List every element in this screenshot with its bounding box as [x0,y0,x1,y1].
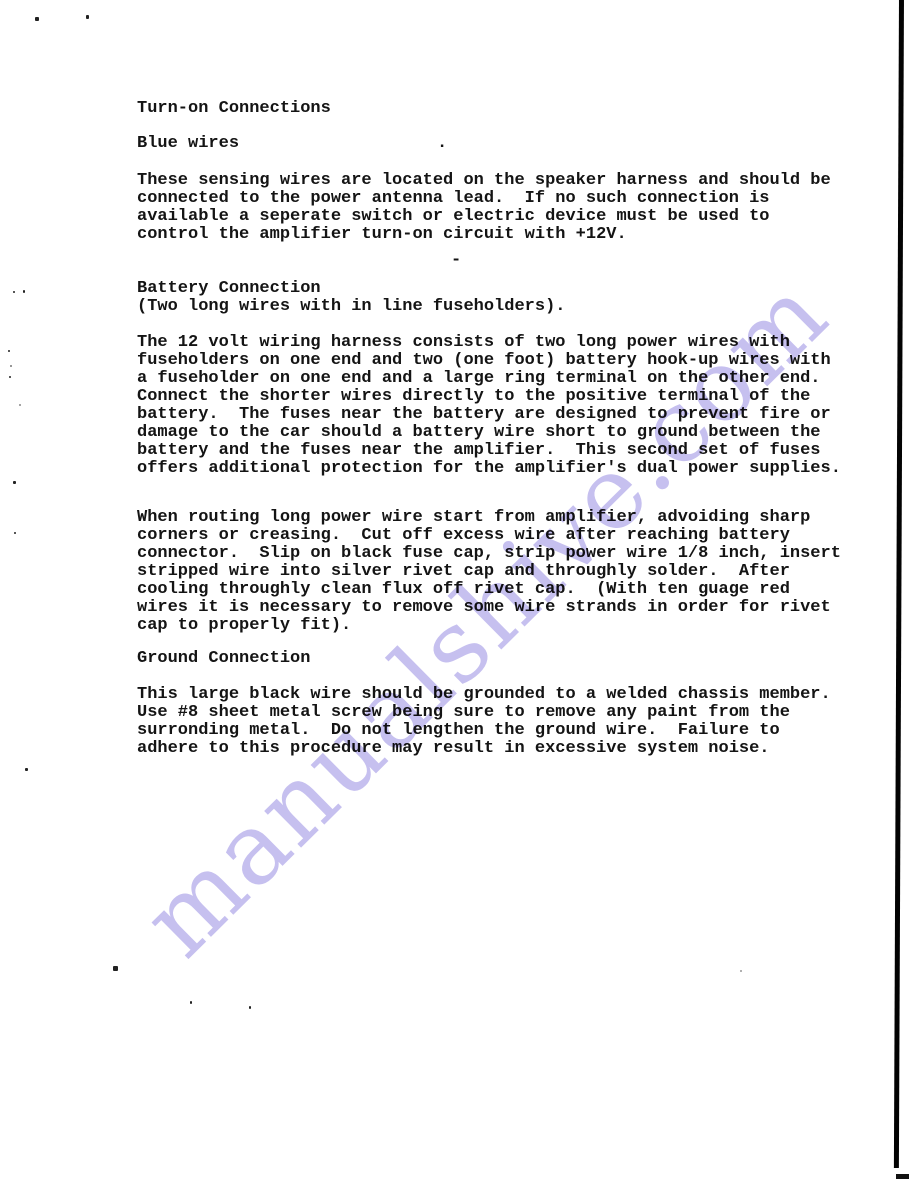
scan-speck [25,768,28,771]
section-heading-battery-connection: Battery Connection (Two long wires with … [137,280,565,316]
scan-speck [9,376,11,378]
scan-speck [113,966,118,971]
scan-speck [740,970,742,972]
scan-speck [19,404,21,406]
scan-artifact-bottom-dash [896,1174,909,1179]
scan-speck [23,290,25,293]
section-body-blue-wires: These sensing wires are located on the s… [137,172,831,244]
scan-speck [190,1001,192,1004]
section-heading-ground-connection: Ground Connection [137,650,310,668]
scan-speck [14,532,16,534]
section-body-battery-connection: The 12 volt wiring harness consists of t… [137,334,841,478]
page-title: Turn-on Connections [137,100,331,118]
section-body-ground-connection: This large black wire should be grounded… [137,686,831,758]
scan-speck [10,365,12,367]
scan-speck [13,291,15,293]
scan-speck [13,481,16,484]
scan-speck [8,350,10,352]
scan-speck [35,17,39,21]
section-body-wire-routing: When routing long power wire start from … [137,509,841,635]
stray-dash-mark: - [451,252,461,270]
stray-period-mark: . [437,135,447,153]
scan-speck [86,15,89,19]
scan-speck [249,1006,251,1009]
scanned-document-page: manualshive.com Turn-on Connections Blue… [0,0,918,1188]
section-heading-blue-wires: Blue wires [137,135,239,153]
scan-artifact-vertical-line [894,0,904,1168]
